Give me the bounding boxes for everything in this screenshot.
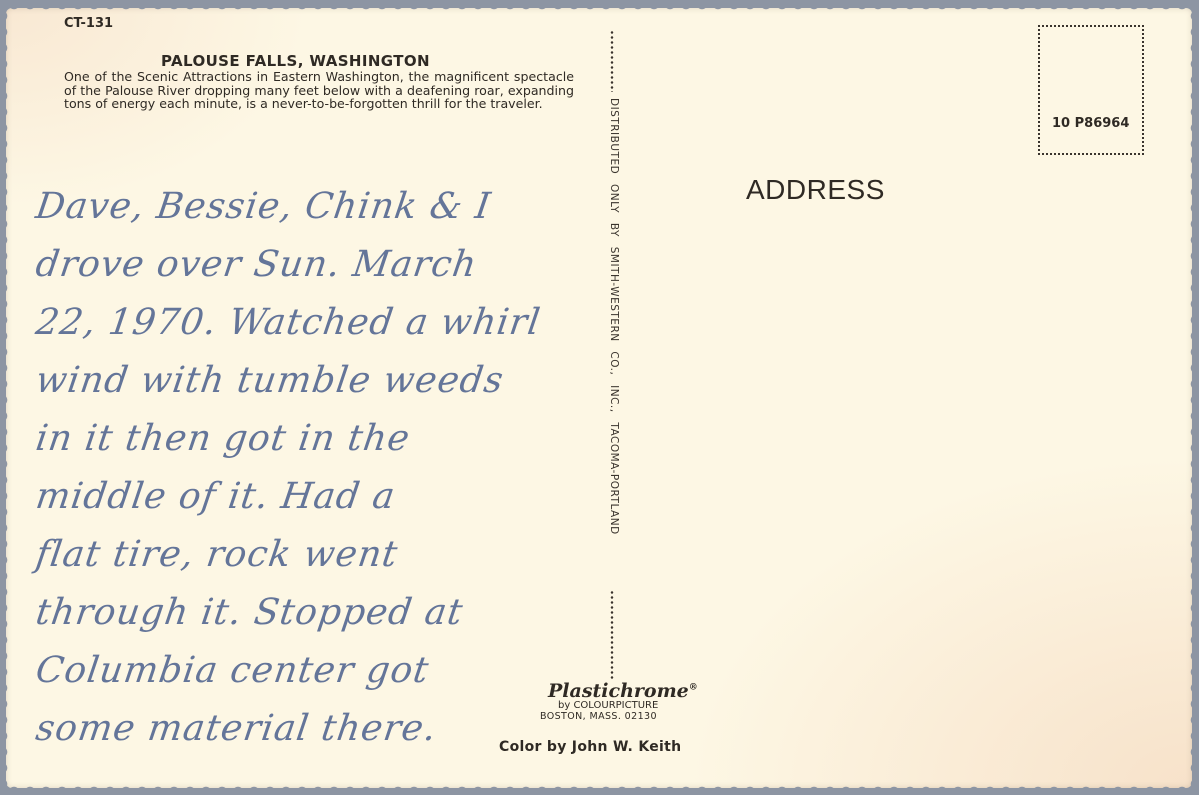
message-line: through it. Stopped at [32,584,680,642]
divider-dots-top [610,30,614,92]
brand-name: Plastichrome [548,680,689,702]
message-line: wind with tumble weeds [32,352,680,410]
scalloped-edge-top [6,4,1192,12]
registered-mark: ® [689,683,698,693]
photo-credit: Color by John W. Keith [499,739,681,755]
card-description: One of the Scenic Attractions in Eastern… [64,70,574,111]
scalloped-edge-bottom [6,784,1192,792]
card-code: CT-131 [64,16,113,31]
message-line: drove over Sun. March [32,236,680,294]
scalloped-edge-left [2,8,10,788]
message-line: 22, 1970. Watched a whirl [32,294,680,352]
address-label: ADDRESS [746,174,885,206]
publisher-city: BOSTON, MASS. 02130 [540,711,698,722]
message-line: Dave, Bessie, Chink & I [32,178,680,236]
message-line: middle of it. Had a [32,468,680,526]
publisher-brand: Plastichrome® [548,680,698,702]
message-line: flat tire, rock went [32,526,680,584]
handwritten-message: Dave, Bessie, Chink & I drove over Sun. … [36,178,676,758]
card-title: PALOUSE FALLS, WASHINGTON [161,52,430,70]
stamp-code: 10 P86964 [1052,116,1129,131]
stamp-box [1038,25,1144,155]
message-line: in it then got in the [32,410,680,468]
scalloped-edge-right [1188,8,1196,788]
postcard-back: CT-131 PALOUSE FALLS, WASHINGTON One of … [6,8,1192,788]
publisher-logo: Plastichrome® by COLOURPICTURE BOSTON, M… [536,680,698,722]
